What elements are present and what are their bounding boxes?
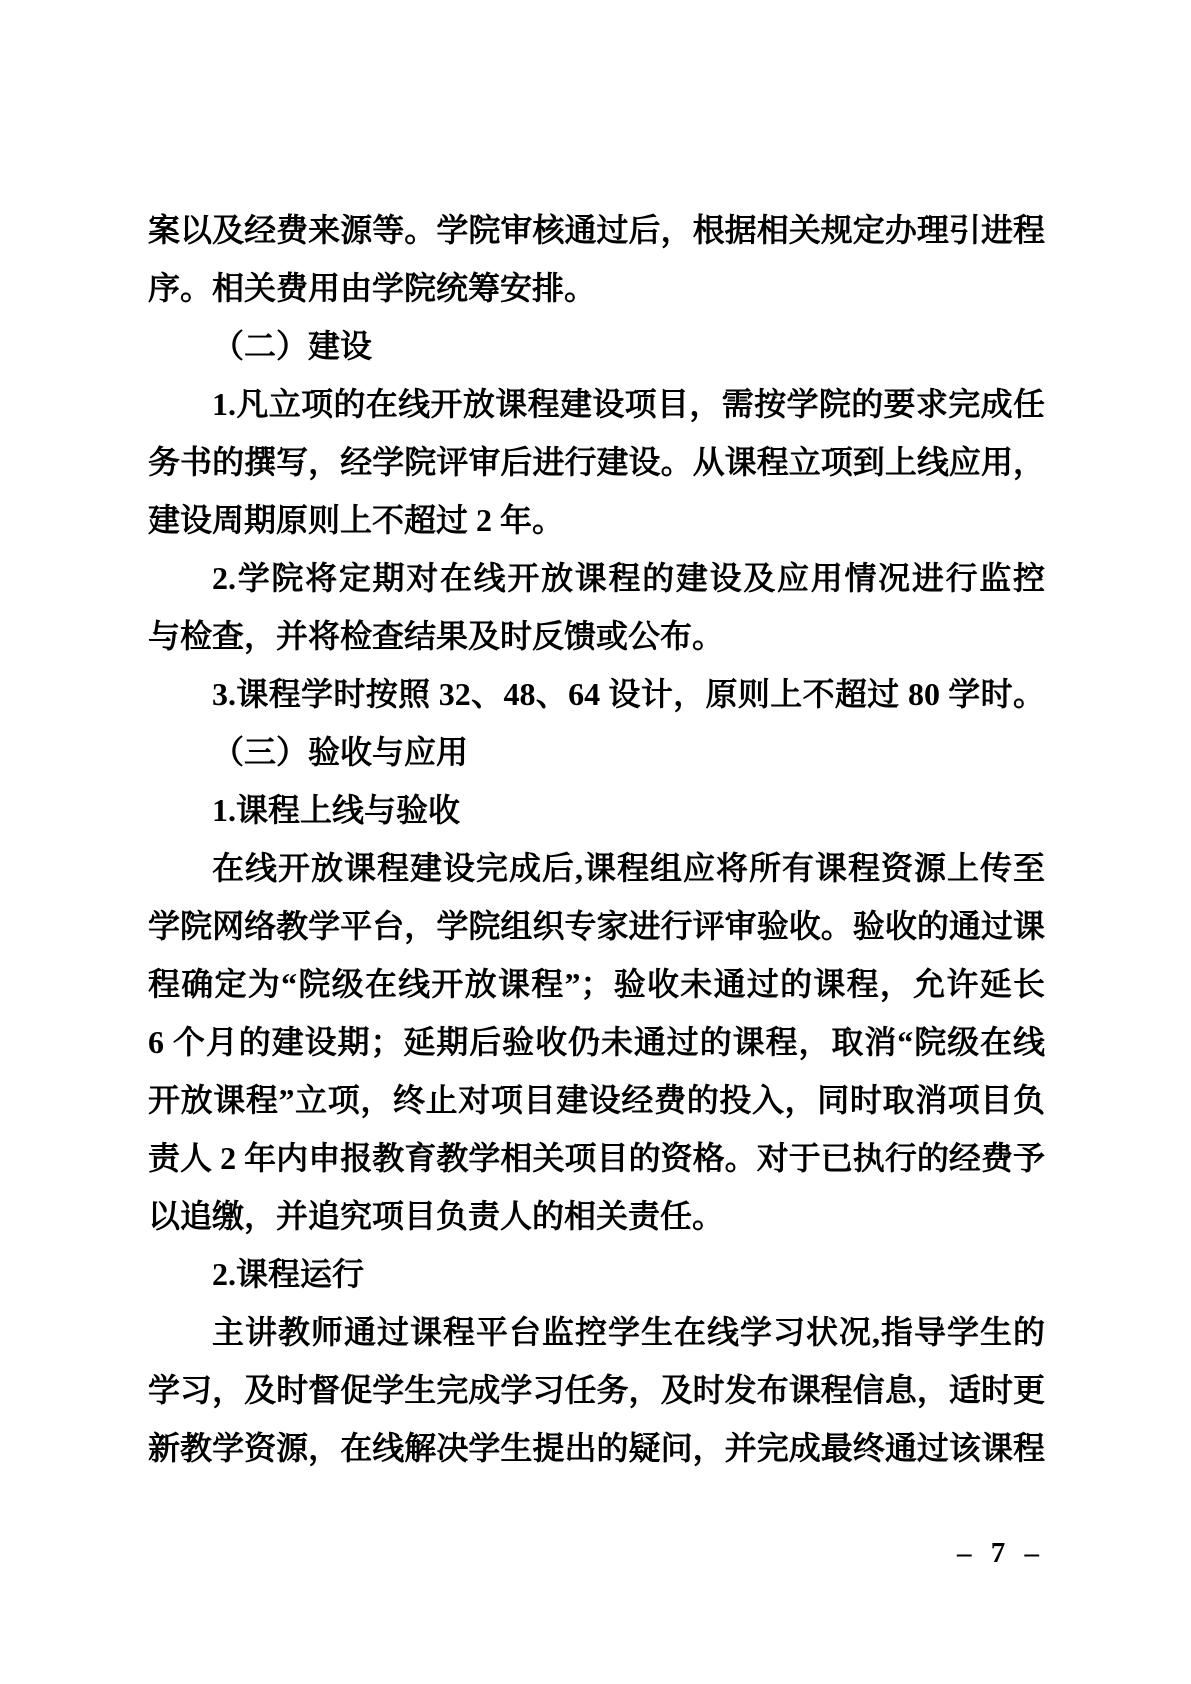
text-line: 以追缴，并追究项目负责人的相关责任。: [148, 1187, 1045, 1245]
text-line: 开放课程”立项，终止对项目建设经费的投入，同时取消项目负: [148, 1071, 1045, 1129]
text-line: 2.学院将定期对在线开放课程的建设及应用情况进行监控: [148, 549, 1045, 607]
text-line: 学院网络教学平台，学院组织专家进行评审验收。验收的通过课: [148, 897, 1045, 955]
section-heading: （三）验收与应用: [148, 723, 1045, 781]
page-number: – 7 –: [957, 1532, 1045, 1574]
text-line: 序。相关费用由学院统筹安排。: [148, 259, 1045, 317]
document-body: 案以及经费来源等。学院审核通过后，根据相关规定办理引进程 序。相关费用由学院统筹…: [148, 201, 1045, 1477]
text-line: 6 个月的建设期；延期后验收仍未通过的课程，取消“院级在线: [148, 1013, 1045, 1071]
text-line: 责人 2 年内申报教育教学相关项目的资格。对于已执行的经费予: [148, 1129, 1045, 1187]
section-heading: （二）建设: [148, 317, 1045, 375]
text-line: 程确定为“院级在线开放课程”；验收未通过的课程，允许延长: [148, 955, 1045, 1013]
text-line: 务书的撰写，经学院评审后进行建设。从课程立项到上线应用，: [148, 433, 1045, 491]
text-line: 建设周期原则上不超过 2 年。: [148, 491, 1045, 549]
document-page: 案以及经费来源等。学院审核通过后，根据相关规定办理引进程 序。相关费用由学院统筹…: [0, 0, 1191, 1684]
subsection-heading: 1.课程上线与验收: [148, 781, 1045, 839]
text-line: 新教学资源，在线解决学生提出的疑问，并完成最终通过该课程: [148, 1419, 1045, 1477]
text-line: 在线开放课程建设完成后,课程组应将所有课程资源上传至: [148, 839, 1045, 897]
text-line: 1.凡立项的在线开放课程建设项目，需按学院的要求完成任: [148, 375, 1045, 433]
subsection-heading: 2.课程运行: [148, 1245, 1045, 1303]
text-line: 学习，及时督促学生完成学习任务，及时发布课程信息，适时更: [148, 1361, 1045, 1419]
text-line: 与检查，并将检查结果及时反馈或公布。: [148, 607, 1045, 665]
text-line: 主讲教师通过课程平台监控学生在线学习状况,指导学生的: [148, 1303, 1045, 1361]
text-line: 案以及经费来源等。学院审核通过后，根据相关规定办理引进程: [148, 201, 1045, 259]
text-line: 3.课程学时按照 32、48、64 设计，原则上不超过 80 学时。: [148, 665, 1045, 723]
